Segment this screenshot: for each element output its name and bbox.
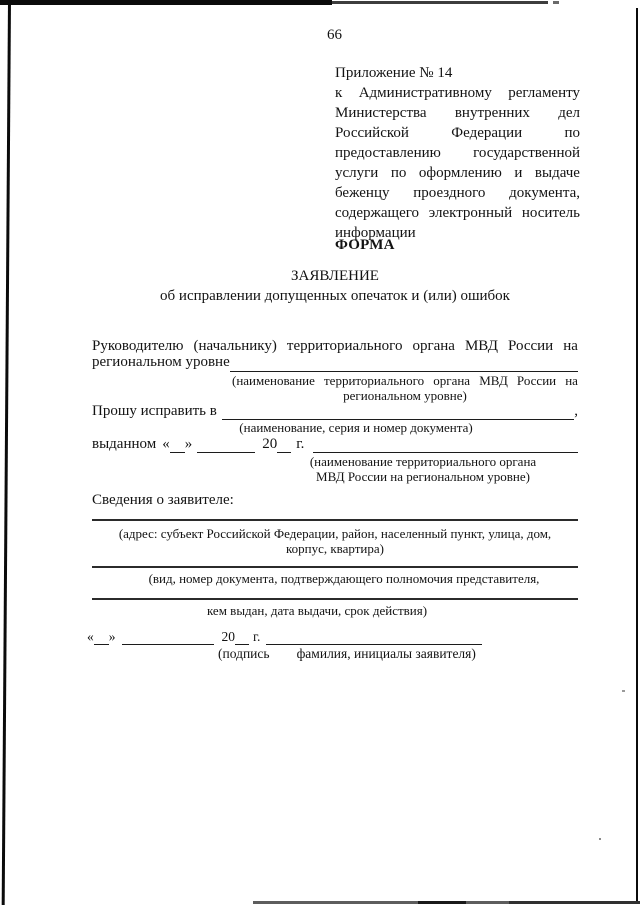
blank-rule-representative — [92, 566, 578, 568]
appendix-line: предоставлениюгосударственной — [335, 143, 580, 163]
word: документа, — [509, 183, 580, 203]
request-line: Прошу исправить в , — [92, 404, 578, 420]
signature-caption-left: (подпись — [218, 646, 270, 662]
blank-year-line — [277, 436, 291, 453]
word: дел — [558, 103, 580, 123]
word: по — [391, 163, 407, 183]
appendix-line: услугипооформлениюивыдаче — [335, 163, 580, 183]
word: России — [508, 336, 553, 356]
close-quote: » — [109, 629, 116, 645]
appendix-line: Министерствавнутреннихдел — [335, 103, 580, 123]
open-quote: « — [162, 436, 170, 453]
word: по — [564, 123, 580, 143]
scan-speck-2 — [622, 690, 625, 692]
request-label: Прошу исправить в — [92, 403, 217, 420]
scan-speck-1 — [599, 838, 601, 840]
blank-year-line — [235, 631, 249, 645]
document-subtitle: об исправлении допущенных опечаток и (ил… — [92, 286, 578, 306]
scan-edge-right — [636, 8, 638, 903]
word: на — [565, 374, 578, 389]
scanned-document-page: 66 Приложение № 14 кАдминистративномурег… — [0, 0, 640, 905]
blank-rule-address — [92, 519, 578, 521]
blank-month-line — [122, 631, 214, 645]
issued-caption-line1: (наименование территориального органа — [268, 455, 578, 470]
word: беженцу — [335, 183, 389, 203]
appendix-line: содержащегоэлектронныйноситель — [335, 203, 580, 223]
addressee-paragraph: Руководителю(начальнику)территориального… — [92, 336, 578, 372]
addressee-caption-line2: региональном уровне) — [232, 389, 578, 404]
blank-field-line — [230, 356, 578, 372]
word: органа — [433, 374, 470, 389]
word: проездного — [413, 183, 485, 203]
signature-caption-gap — [270, 646, 297, 662]
word: на — [563, 336, 578, 356]
blank-day-line — [170, 436, 185, 453]
addressee-caption-line1: (наименованиетерриториальногоорганаМВДРо… — [232, 374, 578, 389]
representative-caption: (вид, номер документа, подтверждающего п… — [110, 572, 578, 587]
document-title: ЗАЯВЛЕНИЕ — [92, 266, 578, 286]
word: МВД — [479, 374, 508, 389]
scan-edge-bottom-dark1 — [418, 901, 466, 904]
address-caption-line1: (адрес: субъект Российской Федерации, ра… — [92, 526, 578, 541]
word: территориального — [287, 336, 403, 356]
word: регламенту — [508, 83, 580, 103]
word: оформлению — [419, 163, 502, 183]
page-number: 66 — [327, 27, 342, 44]
word: МВД — [465, 336, 498, 356]
scan-edge-left — [2, 0, 11, 905]
form-label: ФОРМА — [335, 237, 395, 254]
blank-field-line — [222, 404, 574, 420]
year-prefix: 20 — [222, 629, 236, 645]
date-signature-line: « » 20 г. — [87, 631, 482, 645]
addressee-caption: (наименованиетерриториальногоорганаМВДРо… — [232, 374, 578, 403]
applicant-section-label: Сведения о заявителе: — [92, 492, 234, 509]
scan-edge-top — [0, 0, 332, 5]
signature-caption-right: фамилия, инициалы заявителя) — [297, 646, 476, 662]
scan-edge-bottom-dark2 — [509, 901, 640, 904]
issued-caption: (наименование территориального органа МВ… — [268, 455, 578, 484]
word: содержащего — [335, 203, 419, 223]
word: предоставлению — [335, 143, 441, 163]
document-title-block: ЗАЯВЛЕНИЕ об исправлении допущенных опеч… — [92, 266, 578, 306]
word: к — [335, 83, 342, 103]
appendix-line: кАдминистративномурегламенту — [335, 83, 580, 103]
word: территориального — [324, 374, 424, 389]
appendix-line: РоссийскойФедерациипо — [335, 123, 580, 143]
blank-signature-line — [266, 631, 482, 645]
word: России — [517, 374, 556, 389]
word: электронный — [429, 203, 512, 223]
blank-day-line — [94, 631, 109, 645]
blank-field-line — [313, 436, 578, 453]
word: Федерации — [451, 123, 522, 143]
open-quote: « — [87, 629, 94, 645]
word: (наименование — [232, 374, 315, 389]
appendix-line: беженцупроездногодокумента, — [335, 183, 580, 203]
request-comma: , — [574, 403, 578, 420]
word: и — [514, 163, 522, 183]
word: выдаче — [535, 163, 580, 183]
issued-line: выданном « » 20 г. — [92, 436, 578, 453]
word: носитель — [522, 203, 580, 223]
request-caption: (наименование, серия и номер документа) — [134, 421, 578, 436]
year-abbrev: г. — [296, 436, 304, 453]
word: органа — [412, 336, 455, 356]
issued-label: выданном — [92, 436, 156, 453]
word: Министерства — [335, 103, 427, 123]
close-quote: » — [185, 436, 193, 453]
word: Административному — [359, 83, 492, 103]
word: внутренних — [455, 103, 530, 123]
issued-caption-line2: МВД России на региональном уровне) — [268, 470, 578, 485]
address-caption-line2: корпус, квартира) — [92, 541, 578, 556]
address-caption: (адрес: субъект Российской Федерации, ра… — [92, 526, 578, 556]
appendix-reference-block: Приложение № 14 кАдминистративномуреглам… — [335, 63, 580, 243]
signature-caption: (подпись фамилия, инициалы заявителя) — [218, 646, 476, 662]
addressee-line2: региональном уровне — [92, 356, 578, 372]
word: услуги — [335, 163, 378, 183]
issuer-caption: кем выдан, дата выдачи, срок действия) — [92, 604, 542, 619]
scan-edge-top-thin — [332, 1, 548, 4]
appendix-heading: Приложение № 14 — [335, 63, 580, 83]
scan-edge-top-speck — [553, 1, 559, 4]
blank-rule-issuer — [92, 598, 578, 600]
addressee-line2-label: региональном уровне — [92, 352, 230, 372]
year-prefix: 20 — [262, 436, 277, 453]
blank-month-line — [197, 436, 255, 453]
word: государственной — [473, 143, 580, 163]
year-abbrev: г. — [253, 629, 260, 645]
word: Российской — [335, 123, 409, 143]
